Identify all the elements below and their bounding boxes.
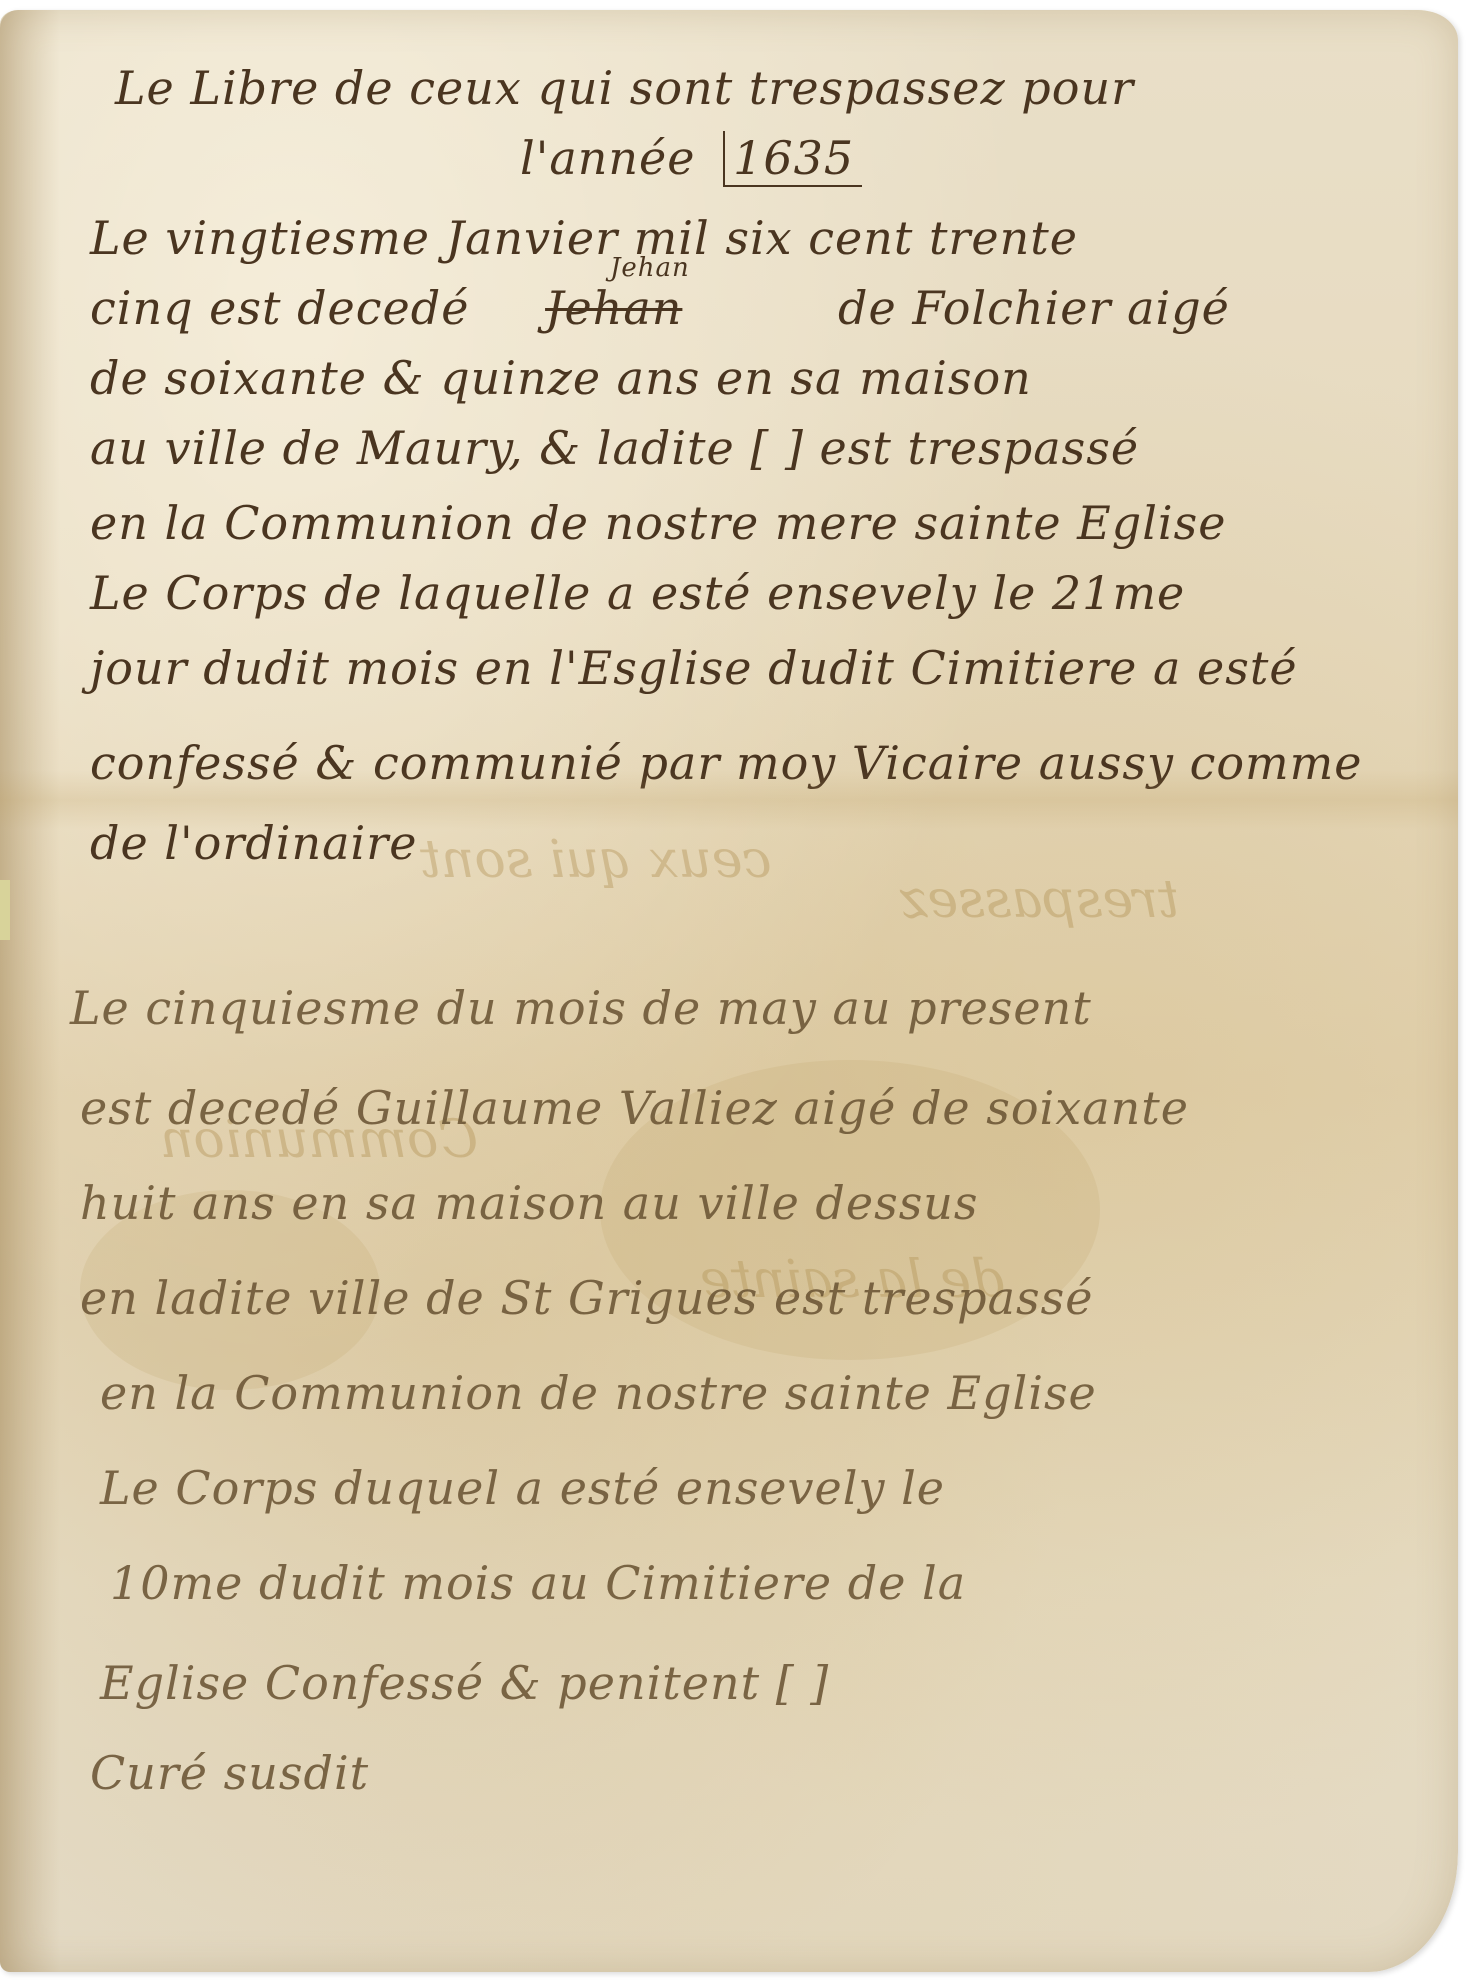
entry-line: jour dudit mois en l'Esglise dudit Cimit… (90, 645, 1298, 691)
entry-line: au ville de Maury, & ladite [ ] est tres… (90, 425, 1139, 471)
entry-line: de l'ordinaire (90, 820, 417, 866)
entry-line: 10me dudit mois au Cimitiere de la (110, 1560, 966, 1606)
register-year: l'année 1635 (520, 135, 862, 181)
entry-line: Le Corps duquel a esté ensevely le (100, 1465, 945, 1511)
heading-text: Le Libre de ceux qui sont trespassez pou… (115, 61, 1134, 115)
entry-line: Le cinquiesme du mois de may au present (70, 985, 1092, 1031)
entry-line: Le vingtiesme Janvier mil six cent trent… (90, 215, 1078, 261)
entry-line: Curé susdit (90, 1750, 369, 1796)
interlinear-correction: Jehan (610, 255, 690, 281)
struck-word: Jehan (545, 281, 682, 335)
bleed-through-text: trespassez (900, 870, 1179, 930)
entry-line: Eglise Confessé & penitent [ ] (100, 1660, 829, 1706)
entry-line: huit ans en sa maison au ville dessus (80, 1180, 979, 1226)
entry-line: en la Communion de nostre mere sainte Eg… (90, 500, 1226, 546)
entry-line: en ladite ville de St Grigues est trespa… (80, 1275, 1094, 1321)
entry-line: cinq est decedé Jehan de Folchier aigé (90, 285, 1230, 331)
bleed-through-text: ceux qui sont (420, 830, 772, 890)
manuscript-page: ceux qui sont trespassez Communion de la… (0, 10, 1458, 1972)
year-prefix: l'année (520, 131, 695, 185)
entry-line: en la Communion de nostre sainte Eglise (100, 1370, 1097, 1416)
binding-tab (0, 880, 10, 940)
entry-line: Le Corps de laquelle a esté ensevely le … (90, 570, 1185, 616)
entry-line: confessé & communié par moy Vicaire auss… (90, 740, 1363, 786)
register-heading: Le Libre de ceux qui sont trespassez pou… (115, 65, 1134, 111)
entry-line: est decedé Guillaume Valliez aigé de soi… (80, 1085, 1189, 1131)
year-value: 1635 (723, 131, 862, 187)
entry-line: de soixante & quinze ans en sa maison (90, 355, 1032, 401)
